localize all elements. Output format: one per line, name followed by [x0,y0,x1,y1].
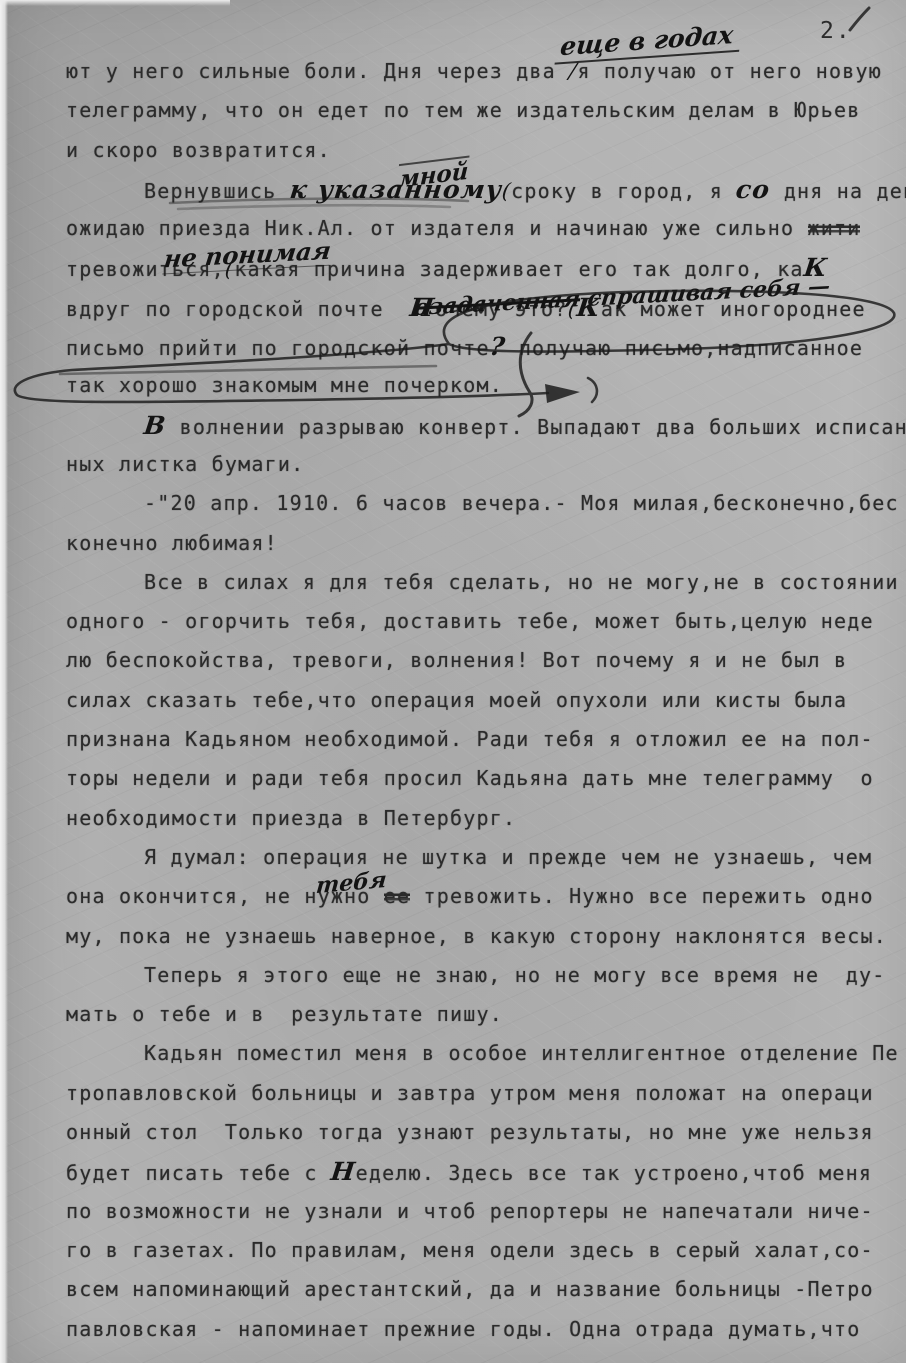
typed-segment: еделю. Здесь все так устроено,чтоб меня [356,1161,872,1185]
typed-segment: тревожить. Нужно все пережить одно [410,884,873,908]
text-line: письмо прийти по городской почте? получа… [66,327,906,366]
handwritten-segment: В [142,406,169,445]
text-line: признана Кадьяном необходимой. Ради тебя… [66,720,906,759]
handwritten-segment: к указанному [287,170,504,209]
scan-edge [0,0,8,1363]
typed-segment: жити [808,216,861,240]
typed-segment: го в газетах. По правилам, меня одели зд… [66,1238,874,1262]
typed-segment: и скоро возвратится. [66,138,331,162]
typed-segment: Кадьян поместил меня в особое интеллиген… [144,1041,899,1065]
typed-segment: получаю письмо,надписанное [506,336,864,360]
typed-segment: ее [384,884,410,908]
typed-segment: письмо прийти по городской почте [66,336,490,360]
text-line: -"20 апр. 1910. 6 часов вечера.- Моя мил… [66,484,906,523]
typed-segment: Вернувшись [144,179,290,203]
text-line: конечно любимая! [66,524,906,563]
text-line: всем напоминающий арестантский, да и наз… [66,1270,906,1309]
text-line: тропавловской больницы и завтра утром ме… [66,1074,906,1113]
typed-segment: по возможности не узнали и чтоб репортер… [66,1199,874,1223]
typed-segment: лю беспокойства, тревоги, волнения! Вот … [66,648,847,672]
typed-segment: тропавловской больницы и завтра утром ме… [66,1081,874,1105]
text-line: по возможности не узнали и чтоб репортер… [66,1192,906,1231]
text-line: телеграмму, что он едет по тем же издате… [66,91,906,130]
document-page: 2. ют у него сильные боли. Дня через два… [0,0,906,1363]
typed-segment: одного - огорчить тебя, доставить тебе, … [66,609,874,633]
text-line: ных листка бумаги. [66,445,906,484]
typed-segment: необходимости приезда в Петербург. [66,806,516,830]
text-line: ют у него сильные боли. Дня через два /я… [66,52,906,91]
typed-segment: ожидаю приезда Ник.Ал. от издателя и нач… [66,216,808,240]
typed-segment: павловская - напоминает прежние годы. Од… [66,1317,860,1341]
typed-segment: признана Кадьяном необходимой. Ради тебя… [66,727,874,751]
typed-segment: всем напоминающий арестантский, да и наз… [66,1277,874,1301]
typed-segment: телеграмму, что он едет по тем же издате… [66,98,860,122]
text-line: онный стол Только тогда узнают результат… [66,1113,906,1152]
text-line: она окончится, не нужно ее тревожить. Ну… [66,877,906,916]
text-line: павловская - напоминает прежние годы. Од… [66,1310,906,1349]
text-line: Все в силах я для тебя сделать, но не мо… [66,563,906,602]
scan-edge [0,0,230,6]
typed-segment: волнении разрываю конверт. Выпадают два … [166,415,906,439]
handwritten-segment: со [734,170,773,209]
text-line: так хорошо знакомым мне почерком. [66,366,906,405]
page-number: 2. [820,18,852,44]
typed-segment: вдруг по городской почте [66,297,410,321]
handwritten-segment: Н [328,1152,358,1191]
text-line: силах сказать тебе,что операция моей опу… [66,681,906,720]
text-line: мать о тебе и в результате пишу. [66,995,906,1034]
typed-segment: так хорошо знакомым мне почерком. [66,373,503,397]
typed-segment: будет писать тебе с [66,1161,331,1185]
typed-segment: Все в силах я для тебя сделать, но не мо… [144,570,899,594]
typed-segment: Теперь я этого еще не знаю, но не могу в… [144,963,886,987]
typed-segment: торы недели и ради тебя просил Кадьяна д… [66,766,874,790]
typed-segment: сроку в город, я [511,179,736,203]
text-line: Теперь я этого еще не знаю, но не могу в… [66,956,906,995]
text-line: Кадьян поместил меня в особое интеллиген… [66,1034,906,1073]
typed-segment: дня на день [771,179,906,203]
typed-segment: ют у него сильные боли. Дня через два [66,59,569,83]
text-line: необходимости приезда в Петербург. [66,799,906,838]
text-line: торы недели и ради тебя просил Кадьяна д… [66,759,906,798]
text-line: Вернувшись к указанному(сроку в город, я… [66,170,906,209]
text-line: будет писать тебе с Неделю. Здесь все та… [66,1152,906,1191]
typed-segment: онный стол Только тогда узнают результат… [66,1120,874,1144]
typed-segment: му, пока не узнаешь наверное, в какую ст… [66,924,887,948]
typed-segment: ных листка бумаги. [66,452,304,476]
typed-segment: я получаю от него новую [577,59,882,83]
text-line: го в газетах. По правилам, меня одели зд… [66,1231,906,1270]
text-line: Я думал: операция не шутка и прежде чем … [66,838,906,877]
typed-segment: Я думал: операция не шутка и прежде чем … [144,845,872,869]
text-line: лю беспокойства, тревоги, волнения! Вот … [66,641,906,680]
text-line: В волнении разрываю конверт. Выпадают дв… [66,406,906,445]
text-line: му, пока не узнаешь наверное, в какую ст… [66,917,906,956]
typed-segment: мать о тебе и в результате пишу. [66,1002,503,1026]
handwritten-segment: ? [487,327,508,366]
typed-segment: конечно любимая! [66,531,278,555]
text-line: одного - огорчить тебя, доставить тебе, … [66,602,906,641]
text-line: и скоро возвратится. [66,131,906,170]
typed-segment: силах сказать тебе,что операция моей опу… [66,688,847,712]
typed-segment: -"20 апр. 1910. 6 часов вечера.- Моя мил… [144,491,899,515]
